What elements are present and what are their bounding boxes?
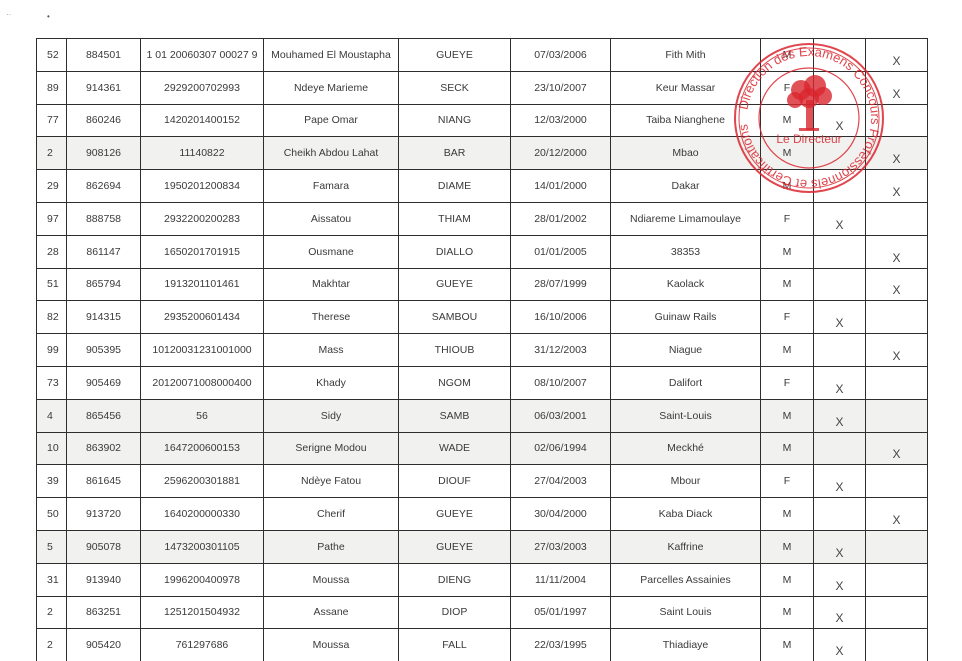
cell-first-name: Famara (264, 170, 399, 203)
cell-candidate-code: 905078 (67, 530, 141, 563)
cell-candidate-code: 913720 (67, 498, 141, 531)
table-row: 290812611140822Cheikh Abdou LahatBAR20/1… (37, 137, 928, 170)
cell-birth-date: 20/12/2000 (511, 137, 611, 170)
cell-last-name: WADE (399, 432, 511, 465)
table-row: 28632511251201504932AssaneDIOP05/01/1997… (37, 596, 928, 629)
cell-row-number: 5 (37, 530, 67, 563)
cell-candidate-code: 865456 (67, 399, 141, 432)
cell-mark-2 (866, 596, 928, 629)
table-row: 298626941950201200834FamaraDIAME14/01/20… (37, 170, 928, 203)
cell-row-number: 89 (37, 71, 67, 104)
cell-row-number: 10 (37, 432, 67, 465)
cell-row-number: 51 (37, 268, 67, 301)
cell-candidate-code: 913940 (67, 563, 141, 596)
cell-mark-2: X (866, 71, 928, 104)
cell-first-name: Assane (264, 596, 399, 629)
cell-last-name: DIOP (399, 596, 511, 629)
table-body: 528845011 01 20060307 00027 9Mouhamed El… (37, 39, 928, 661)
cell-birth-place: Fith Mith (611, 39, 761, 72)
cell-last-name: DIALLO (399, 235, 511, 268)
cell-birth-date: 06/03/2001 (511, 399, 611, 432)
cell-gender: M (761, 399, 814, 432)
cell-first-name: Cherif (264, 498, 399, 531)
cell-mark-1: X (814, 366, 866, 399)
cell-birth-date: 14/01/2000 (511, 170, 611, 203)
table-row: 528845011 01 20060307 00027 9Mouhamed El… (37, 39, 928, 72)
table-row: 899143612929200702993Ndeye MariemeSECK23… (37, 71, 928, 104)
cell-mark-1 (814, 235, 866, 268)
cell-first-name: Ndeye Marieme (264, 71, 399, 104)
cell-candidate-code: 914361 (67, 71, 141, 104)
cell-last-name: GUEYE (399, 530, 511, 563)
cell-row-number: 39 (37, 465, 67, 498)
cell-birth-date: 27/04/2003 (511, 465, 611, 498)
cell-candidate-code: 914315 (67, 301, 141, 334)
cell-candidate-code: 905469 (67, 366, 141, 399)
cell-gender: M (761, 498, 814, 531)
cell-gender: M (761, 268, 814, 301)
cell-first-name: Mouhamed El Moustapha (264, 39, 399, 72)
cell-id-number: 1650201701915 (141, 235, 264, 268)
table-row: 7390546920120071008000400KhadyNGOM08/10/… (37, 366, 928, 399)
cell-id-number: 2929200702993 (141, 71, 264, 104)
candidate-table: 528845011 01 20060307 00027 9Mouhamed El… (36, 38, 928, 661)
cell-birth-date: 16/10/2006 (511, 301, 611, 334)
cell-mark-2 (866, 530, 928, 563)
table-row: 778602461420201400152Pape OmarNIANG12/03… (37, 104, 928, 137)
cell-mark-2 (866, 301, 928, 334)
cell-birth-place: Dakar (611, 170, 761, 203)
cell-row-number: 29 (37, 170, 67, 203)
cell-gender: M (761, 432, 814, 465)
cell-candidate-code: 860246 (67, 104, 141, 137)
cell-first-name: Therese (264, 301, 399, 334)
cell-birth-date: 11/11/2004 (511, 563, 611, 596)
cell-first-name: Serigne Modou (264, 432, 399, 465)
cell-first-name: Moussa (264, 629, 399, 661)
cell-candidate-code: 861645 (67, 465, 141, 498)
cell-first-name: Makhtar (264, 268, 399, 301)
cell-birth-place: Saint-Louis (611, 399, 761, 432)
cell-mark-1 (814, 170, 866, 203)
cell-mark-2: X (866, 39, 928, 72)
table-row: 829143152935200601434ThereseSAMBOU16/10/… (37, 301, 928, 334)
cell-mark-2 (866, 465, 928, 498)
cell-gender: F (761, 71, 814, 104)
cell-birth-date: 27/03/2003 (511, 530, 611, 563)
table-row: 9990539510120031231001000MassTHIOUB31/12… (37, 334, 928, 367)
cell-birth-date: 01/01/2005 (511, 235, 611, 268)
table-row: 108639021647200600153Serigne ModouWADE02… (37, 432, 928, 465)
cell-row-number: 77 (37, 104, 67, 137)
cell-birth-date: 02/06/1994 (511, 432, 611, 465)
table-row: 59050781473200301105PatheGUEYE27/03/2003… (37, 530, 928, 563)
cell-mark-1 (814, 137, 866, 170)
cell-mark-1: X (814, 399, 866, 432)
cell-row-number: 2 (37, 629, 67, 661)
cell-id-number: 2596200301881 (141, 465, 264, 498)
cell-mark-2 (866, 629, 928, 661)
cell-mark-2 (866, 366, 928, 399)
cell-last-name: DIENG (399, 563, 511, 596)
cell-candidate-code: 863902 (67, 432, 141, 465)
cell-gender: M (761, 137, 814, 170)
cell-birth-place: Keur Massar (611, 71, 761, 104)
cell-first-name: Pape Omar (264, 104, 399, 137)
cell-last-name: NIANG (399, 104, 511, 137)
cell-gender: M (761, 530, 814, 563)
cell-mark-1: X (814, 530, 866, 563)
cell-birth-date: 23/10/2007 (511, 71, 611, 104)
cell-birth-place: Mbao (611, 137, 761, 170)
cell-gender: M (761, 39, 814, 72)
cell-birth-date: 28/07/1999 (511, 268, 611, 301)
cell-id-number: 1640200000330 (141, 498, 264, 531)
cell-last-name: SECK (399, 71, 511, 104)
cell-id-number: 11140822 (141, 137, 264, 170)
cell-id-number: 1473200301105 (141, 530, 264, 563)
cell-row-number: 31 (37, 563, 67, 596)
cell-mark-1 (814, 71, 866, 104)
cell-row-number: 99 (37, 334, 67, 367)
cell-birth-place: Guinaw Rails (611, 301, 761, 334)
cell-mark-2 (866, 399, 928, 432)
cell-last-name: NGOM (399, 366, 511, 399)
cell-mark-2 (866, 104, 928, 137)
cell-gender: M (761, 563, 814, 596)
cell-gender: F (761, 366, 814, 399)
cell-last-name: BAR (399, 137, 511, 170)
cell-mark-2: X (866, 334, 928, 367)
cell-gender: M (761, 104, 814, 137)
cell-last-name: GUEYE (399, 498, 511, 531)
cell-id-number: 2932200200283 (141, 202, 264, 235)
cell-mark-2: X (866, 137, 928, 170)
table-row: 398616452596200301881Ndèye FatouDIOUF27/… (37, 465, 928, 498)
cell-first-name: Mass (264, 334, 399, 367)
cell-id-number: 2935200601434 (141, 301, 264, 334)
cell-candidate-code: 862694 (67, 170, 141, 203)
cell-birth-date: 05/01/1997 (511, 596, 611, 629)
cell-gender: M (761, 334, 814, 367)
cell-first-name: Cheikh Abdou Lahat (264, 137, 399, 170)
cell-birth-place: Niague (611, 334, 761, 367)
cell-birth-place: Ndiareme Limamoulaye (611, 202, 761, 235)
cell-candidate-code: 865794 (67, 268, 141, 301)
cell-mark-1: X (814, 596, 866, 629)
cell-last-name: GUEYE (399, 268, 511, 301)
cell-last-name: FALL (399, 629, 511, 661)
cell-mark-1: X (814, 104, 866, 137)
table-row: 518657941913201101461MakhtarGUEYE28/07/1… (37, 268, 928, 301)
cell-mark-2: X (866, 432, 928, 465)
cell-gender: F (761, 202, 814, 235)
cell-gender: M (761, 235, 814, 268)
cell-first-name: Sidy (264, 399, 399, 432)
cell-birth-date: 12/03/2000 (511, 104, 611, 137)
cell-mark-1 (814, 39, 866, 72)
cell-id-number: 1996200400978 (141, 563, 264, 596)
cell-birth-place: Kaba Diack (611, 498, 761, 531)
cell-last-name: GUEYE (399, 39, 511, 72)
cell-birth-date: 22/03/1995 (511, 629, 611, 661)
cell-birth-place: Kaffrine (611, 530, 761, 563)
cell-id-number: 761297686 (141, 629, 264, 661)
cell-first-name: Khady (264, 366, 399, 399)
table-row: 2905420761297686MoussaFALL22/03/1995Thia… (37, 629, 928, 661)
cell-candidate-code: 908126 (67, 137, 141, 170)
cell-mark-1 (814, 498, 866, 531)
cell-gender: M (761, 629, 814, 661)
cell-id-number: 1251201504932 (141, 596, 264, 629)
cell-mark-1 (814, 334, 866, 367)
cell-candidate-code: 861147 (67, 235, 141, 268)
cell-row-number: 28 (37, 235, 67, 268)
cell-last-name: THIAM (399, 202, 511, 235)
cell-id-number: 1647200600153 (141, 432, 264, 465)
cell-birth-place: Taiba Nianghene (611, 104, 761, 137)
cell-birth-place: Meckhé (611, 432, 761, 465)
cell-mark-1: X (814, 629, 866, 661)
cell-mark-1: X (814, 202, 866, 235)
cell-mark-1: X (814, 465, 866, 498)
cell-mark-2 (866, 202, 928, 235)
cell-id-number: 10120031231001000 (141, 334, 264, 367)
cell-mark-1 (814, 268, 866, 301)
cell-gender: F (761, 465, 814, 498)
cell-first-name: Ousmane (264, 235, 399, 268)
scan-artifact: • (47, 12, 50, 21)
cell-id-number: 1913201101461 (141, 268, 264, 301)
cell-candidate-code: 863251 (67, 596, 141, 629)
cell-gender: F (761, 301, 814, 334)
cell-mark-2: X (866, 268, 928, 301)
cell-last-name: THIOUB (399, 334, 511, 367)
cell-birth-place: 38353 (611, 235, 761, 268)
cell-birth-place: Kaolack (611, 268, 761, 301)
cell-birth-date: 31/12/2003 (511, 334, 611, 367)
cell-gender: M (761, 170, 814, 203)
cell-candidate-code: 888758 (67, 202, 141, 235)
table-row: 288611471650201701915OusmaneDIALLO01/01/… (37, 235, 928, 268)
cell-last-name: DIAME (399, 170, 511, 203)
table-row: 319139401996200400978MoussaDIENG11/11/20… (37, 563, 928, 596)
cell-candidate-code: 905420 (67, 629, 141, 661)
cell-row-number: 52 (37, 39, 67, 72)
cell-birth-place: Mbour (611, 465, 761, 498)
cell-last-name: SAMBOU (399, 301, 511, 334)
cell-mark-2: X (866, 498, 928, 531)
cell-last-name: SAMB (399, 399, 511, 432)
cell-birth-date: 28/01/2002 (511, 202, 611, 235)
cell-row-number: 2 (37, 596, 67, 629)
cell-mark-1: X (814, 563, 866, 596)
cell-candidate-code: 905395 (67, 334, 141, 367)
cell-mark-1: X (814, 301, 866, 334)
cell-last-name: DIOUF (399, 465, 511, 498)
cell-birth-date: 08/10/2007 (511, 366, 611, 399)
cell-mark-1 (814, 432, 866, 465)
scan-artifact: ·· (6, 10, 11, 19)
cell-birth-place: Parcelles Assainies (611, 563, 761, 596)
cell-birth-place: Saint Louis (611, 596, 761, 629)
table-row: 486545656SidySAMB06/03/2001Saint-LouisMX (37, 399, 928, 432)
cell-birth-date: 07/03/2006 (511, 39, 611, 72)
cell-first-name: Ndèye Fatou (264, 465, 399, 498)
cell-candidate-code: 884501 (67, 39, 141, 72)
table-row: 978887582932200200283AissatouTHIAM28/01/… (37, 202, 928, 235)
cell-row-number: 50 (37, 498, 67, 531)
table-row: 509137201640200000330CherifGUEYE30/04/20… (37, 498, 928, 531)
cell-row-number: 97 (37, 202, 67, 235)
cell-mark-2: X (866, 235, 928, 268)
cell-mark-2: X (866, 170, 928, 203)
cell-first-name: Aissatou (264, 202, 399, 235)
cell-id-number: 1950201200834 (141, 170, 264, 203)
cell-id-number: 1 01 20060307 00027 9 (141, 39, 264, 72)
cell-id-number: 1420201400152 (141, 104, 264, 137)
cell-first-name: Moussa (264, 563, 399, 596)
cell-first-name: Pathe (264, 530, 399, 563)
cell-birth-date: 30/04/2000 (511, 498, 611, 531)
cell-row-number: 82 (37, 301, 67, 334)
cell-gender: M (761, 596, 814, 629)
cell-birth-place: Thiadiaye (611, 629, 761, 661)
cell-mark-2 (866, 563, 928, 596)
cell-row-number: 4 (37, 399, 67, 432)
cell-row-number: 2 (37, 137, 67, 170)
cell-id-number: 20120071008000400 (141, 366, 264, 399)
cell-id-number: 56 (141, 399, 264, 432)
cell-row-number: 73 (37, 366, 67, 399)
cell-birth-place: Dalifort (611, 366, 761, 399)
